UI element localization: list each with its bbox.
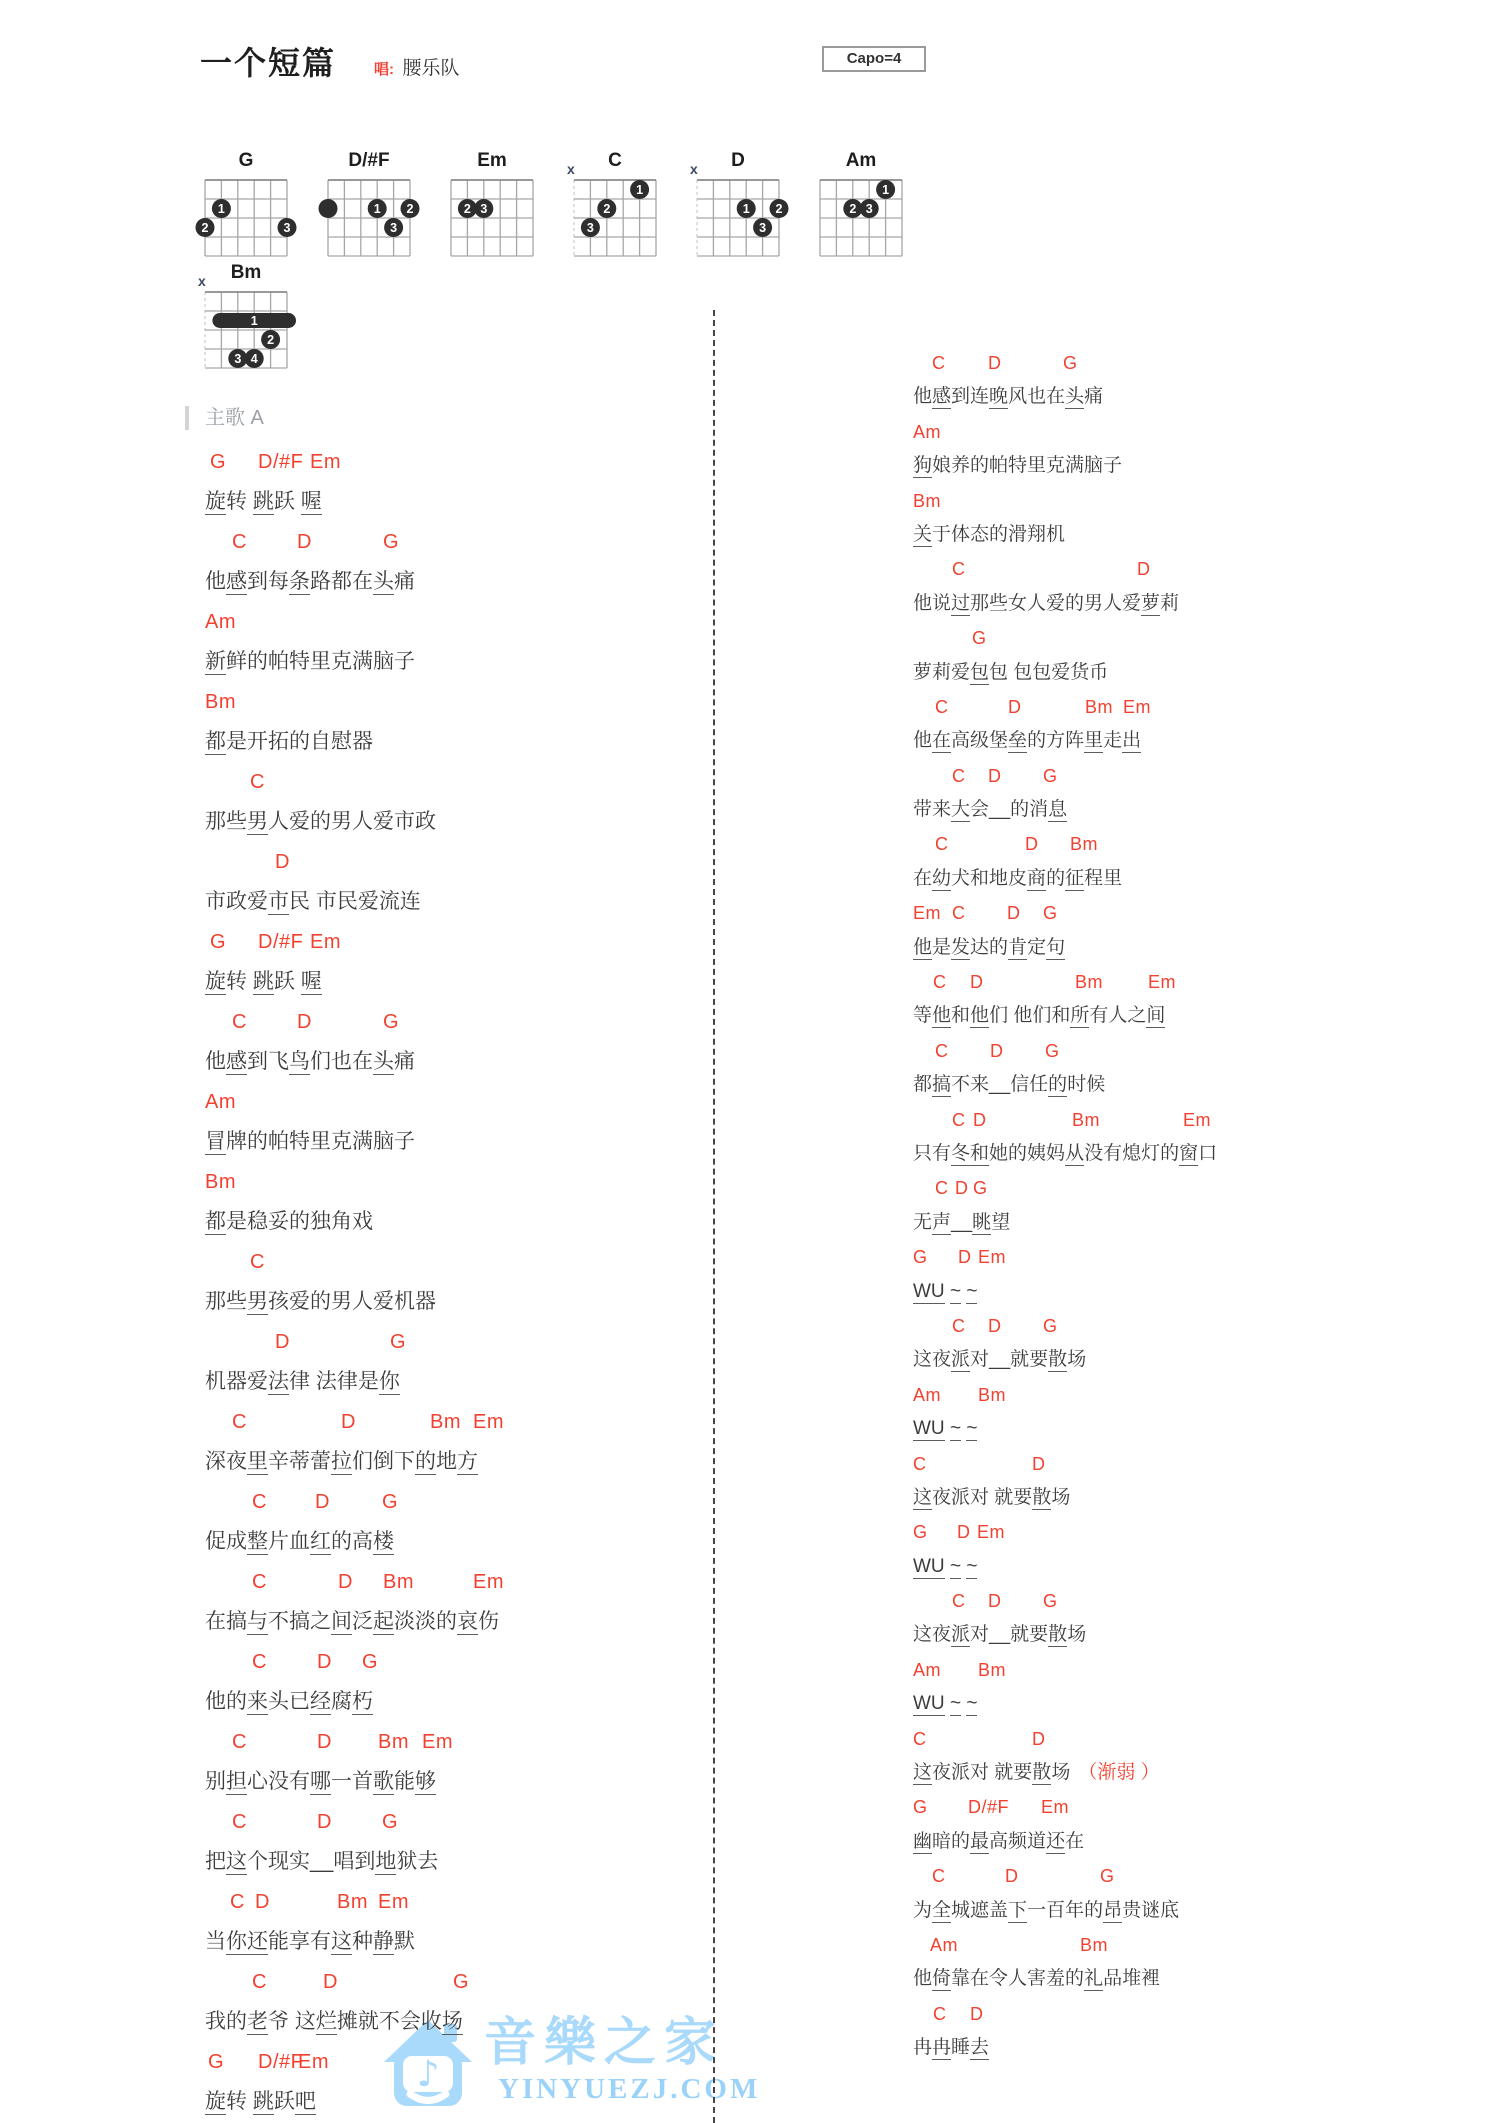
chord-label: G (362, 1642, 378, 1682)
lyric-line: 那些男人爱的男人爱市政 (205, 802, 725, 842)
beat-underline: 都 (205, 730, 226, 755)
lyric-line: 无声__眺望 (913, 1206, 1473, 1240)
lyric-line: WU ~ ~ (913, 1550, 1473, 1584)
chord-line: Bm (205, 682, 725, 722)
chord-line: AmBm (913, 1378, 1473, 1412)
chord-label: Am (205, 602, 236, 642)
chord-label: G (913, 1790, 928, 1824)
beat-underline: 鸟 (289, 1050, 310, 1075)
chord-label: Am (913, 1653, 941, 1687)
chord-label: Bm (337, 1882, 368, 1922)
chord-label: Em (310, 442, 341, 482)
lyric-line: 在幼犬和地皮商的征程里 (913, 862, 1473, 896)
chord-line: D (205, 842, 725, 882)
chord-label: Bm (1075, 965, 1103, 999)
chord-label: Bm (1072, 1103, 1100, 1137)
lyric-line: 这夜派对 就要散场（渐弱 ） (913, 1756, 1473, 1790)
chord-label: D (1137, 552, 1151, 586)
chord-line: Bm (205, 1162, 725, 1202)
beat-underline: 这 (913, 1762, 932, 1785)
chord-label: C (952, 896, 966, 930)
chord-label: Em (1041, 1790, 1069, 1824)
chord-label: C (935, 690, 949, 724)
svg-text:3: 3 (866, 202, 873, 216)
beat-underline: 来 (247, 1690, 268, 1715)
chord-label: C (932, 346, 946, 380)
chord-label: C (250, 1242, 265, 1282)
lyric-line: 机器爱法律 法律是你 (205, 1362, 725, 1402)
chord-line: CD (913, 1447, 1473, 1481)
chord-line: CDG (205, 1802, 725, 1842)
beat-underline: 哀 (457, 1610, 478, 1635)
chord-label: C (252, 1482, 267, 1522)
beat-underline: ~ (950, 1693, 961, 1716)
svg-text:2: 2 (464, 202, 471, 216)
beat-underline: 楼 (373, 1530, 394, 1555)
chord-label: Am (913, 1378, 941, 1412)
chord-line: CD (913, 1997, 1473, 2031)
svg-text:C: C (608, 150, 622, 171)
beat-underline: 感 (932, 386, 951, 409)
chord-label: G (973, 1171, 988, 1205)
beat-underline: ~ (950, 1418, 961, 1441)
chord-label: Bm (205, 682, 236, 722)
lyric-line: 促成整片血红的高楼 (205, 1522, 725, 1562)
chord-label: C (952, 1103, 966, 1137)
beat-underline: 包 (970, 662, 989, 685)
chord-label: D (988, 759, 1002, 793)
section-bar (185, 406, 189, 430)
beat-underline: 从 (1065, 1143, 1084, 1166)
chord-diagrams-row-1: G123D/#F123Em23Cx123Dx123Am123 (185, 146, 918, 270)
beat-underline: 旋 (205, 490, 226, 515)
beat-underline: 你 (226, 1930, 247, 1955)
chord-line: CDBmEm (205, 1402, 725, 1442)
beat-underline: 经 (310, 1690, 331, 1715)
chord-label: D (988, 1309, 1002, 1343)
beat-underline: 冬 (951, 1143, 970, 1166)
lyric-line: 市政爱市民 市民爱流连 (205, 882, 725, 922)
lyric-line: 这夜派对__就要散场 (913, 1343, 1473, 1377)
beat-underline: WU (913, 1693, 945, 1716)
chord-label: Bm (205, 1162, 236, 1202)
beat-underline: 幼 (932, 868, 951, 891)
chord-label: D (323, 1962, 338, 2002)
chord-label: Bm (430, 1402, 461, 1442)
beat-underline: 发 (951, 937, 970, 960)
chord-label: G (1043, 896, 1058, 930)
chord-label: Bm (1085, 690, 1113, 724)
chord-label: Bm (978, 1653, 1006, 1687)
chord-line: GDEm (913, 1240, 1473, 1274)
chord-line: CDG (913, 1859, 1473, 1893)
lyric-line: 冒牌的帕特里克满脑子 (205, 1122, 725, 1162)
chord-line: AmBm (913, 1653, 1473, 1687)
chord-diagram-G: G123 (185, 146, 303, 270)
chord-line: CDG (205, 1642, 725, 1682)
beat-underline: 声 (932, 1212, 951, 1235)
beat-underline: WU (913, 1556, 945, 1579)
beat-underline: 烂 (316, 2010, 337, 2035)
lyric-line: 他的来头已经腐朽 (205, 1682, 725, 1722)
beat-underline: 散 (1032, 1487, 1051, 1510)
beat-underline: 这 (226, 1850, 247, 1875)
chord-label: D/#F (258, 922, 303, 962)
beat-underline: 下 (1008, 1900, 1027, 1923)
chord-label: C (935, 1034, 949, 1068)
chord-label: Am (205, 1082, 236, 1122)
beat-underline: 句 (1046, 937, 1065, 960)
chord-label: D (1032, 1722, 1046, 1756)
chord-line: CDBmEm (205, 1882, 725, 1922)
svg-text:x: x (690, 161, 698, 177)
beat-underline: 肯 (1008, 937, 1027, 960)
chord-line: CDBmEm (205, 1562, 725, 1602)
chord-line: Am (205, 602, 725, 642)
lyric-line: 旋转 跳跃 喔 (205, 482, 725, 522)
chord-label: D/#F (258, 2042, 303, 2082)
chord-label: D (973, 1103, 987, 1137)
chord-label: Em (977, 1515, 1005, 1549)
chord-line: GDEm (913, 1515, 1473, 1549)
chord-line: CDG (205, 522, 725, 562)
beat-underline: 萝 (1141, 593, 1160, 616)
beat-underline: WU (913, 1281, 945, 1304)
chord-label: G (913, 1240, 928, 1274)
chord-label: D (297, 522, 312, 562)
beat-underline: 过 (951, 593, 970, 616)
lyric-line: 为全城遮盖下一百年的昂贵谜底 (913, 1894, 1473, 1928)
svg-text:3: 3 (587, 221, 594, 235)
lyric-line: 这夜派对__就要散场 (913, 1618, 1473, 1652)
lyric-line: WU ~ ~ (913, 1687, 1473, 1721)
chord-label: G (1043, 1584, 1058, 1618)
chord-label: C (232, 1002, 247, 1042)
beat-underline: 搞 (932, 1074, 951, 1097)
beat-underline: 吧 (295, 2090, 316, 2115)
chord-line: CDG (913, 346, 1473, 380)
svg-text:3: 3 (759, 221, 766, 235)
beat-underline: 都 (205, 1210, 226, 1235)
svg-text:2: 2 (267, 333, 274, 347)
chord-diagram-Em: Em23 (431, 146, 549, 270)
chord-label: D (341, 1402, 356, 1442)
beat-underline: 还 (1046, 1831, 1065, 1854)
lyric-line: 他倚靠在令人害羞的礼品堆裡 (913, 1962, 1473, 1996)
svg-text:Am: Am (846, 150, 877, 171)
beat-underline: 冒 (205, 1130, 226, 1155)
beat-underline: 男 (247, 1290, 268, 1315)
beat-underline: 感 (226, 570, 247, 595)
beat-underline: 市 (268, 890, 289, 915)
chord-label: D (990, 1034, 1004, 1068)
chord-label: G (913, 1515, 928, 1549)
beat-underline: 够 (415, 1770, 436, 1795)
chord-label: Em (913, 896, 941, 930)
beat-underline: 你 (379, 1370, 400, 1395)
chord-label: C (252, 1562, 267, 1602)
beat-underline: 所 (1070, 1005, 1089, 1028)
chord-label: Em (310, 922, 341, 962)
beat-underline: ~ (966, 1418, 977, 1441)
lyric-line: 都搞不来__信任的时候 (913, 1068, 1473, 1102)
beat-underline: 喔 (301, 490, 322, 515)
chord-line: CDBmEm (913, 1103, 1473, 1137)
beat-underline: 这 (913, 1487, 932, 1510)
chord-label: C (232, 1722, 247, 1762)
lyrics-column-right: CDG他感到连晚风也在头痛Am狗娘养的帕特里克满脑子Bm关于体态的滑翔机CD他说… (913, 346, 1473, 2066)
chord-label: C (230, 1882, 245, 1922)
beat-underline: 散 (1048, 1349, 1067, 1372)
chord-label: Em (473, 1562, 504, 1602)
chord-label: G (208, 2042, 224, 2082)
beat-underline: 派 (951, 1624, 970, 1647)
chord-line: CD (913, 552, 1473, 586)
beat-underline: 全 (932, 1900, 951, 1923)
chord-line: CD (913, 1722, 1473, 1756)
capo-badge: Capo=4 (822, 46, 926, 72)
chord-label: D (338, 1562, 353, 1602)
dynamics-note: （渐弱 ） (1078, 1762, 1159, 1783)
beat-underline: ~ (966, 1281, 977, 1304)
lyric-line: 当你还能享有这种静默 (205, 1922, 725, 1962)
chord-line: EmCDG (913, 896, 1473, 930)
chord-label: C (952, 1584, 966, 1618)
chord-line: GD/#FEm (205, 922, 725, 962)
chord-line: CDG (913, 1309, 1473, 1343)
lyric-line: 他在高级堡垒的方阵里走出 (913, 724, 1473, 758)
svg-text:2: 2 (407, 202, 414, 216)
chord-line: G (913, 621, 1473, 655)
chord-label: D (315, 1482, 330, 1522)
svg-text:2: 2 (202, 221, 209, 235)
lyric-line: 都是开拓的自慰器 (205, 722, 725, 762)
beat-underline: 商 (1027, 868, 1046, 891)
svg-text:1: 1 (374, 202, 381, 216)
chord-diagram-D: Dx123 (677, 146, 795, 270)
beat-underline: 头 (373, 1050, 394, 1075)
chord-diagram-Bm: Bmx1234 (185, 258, 303, 382)
chord-label: D (255, 1882, 270, 1922)
beat-underline: 的 (1048, 1074, 1067, 1097)
beat-underline: 旋 (205, 970, 226, 995)
chord-label: Bm (1080, 1928, 1108, 1962)
chord-label: D (317, 1722, 332, 1762)
chord-label: C (913, 1722, 927, 1756)
beat-underline: 跳 (253, 2090, 274, 2115)
chord-label: D (970, 1997, 984, 2031)
chord-label: C (933, 965, 947, 999)
chord-label: Am (930, 1928, 958, 1962)
beat-underline: ~ (950, 1556, 961, 1579)
chord-label: Bm (383, 1562, 414, 1602)
svg-text:2: 2 (849, 202, 856, 216)
beat-underline: 出 (1122, 730, 1141, 753)
chord-line: CDBm (913, 827, 1473, 861)
lyric-line: 等他和他们 他们和所有人之间 (913, 999, 1473, 1033)
chord-label: C (952, 1309, 966, 1343)
chord-label: G (1043, 759, 1058, 793)
beat-underline: 散 (1048, 1624, 1067, 1647)
lyric-line: 都是稳妥的独角戏 (205, 1202, 725, 1242)
beat-underline: 还 (247, 1930, 268, 1955)
page-title: 一个短篇 (200, 38, 336, 84)
chord-label: G (453, 1962, 469, 2002)
chord-label: D (955, 1171, 969, 1205)
lyric-line: 新鲜的帕特里克满脑子 (205, 642, 725, 682)
chord-label: Em (1183, 1103, 1211, 1137)
chord-label: C (252, 1962, 267, 2002)
beat-underline: 眺 (972, 1212, 991, 1235)
beat-underline: 担 (226, 1770, 247, 1795)
svg-text:1: 1 (882, 183, 889, 197)
beat-underline: 里 (247, 1450, 268, 1475)
beat-underline: 法 (268, 1370, 289, 1395)
lyrics-column-left: 主歌 A GD/#FEm旋转 跳跃 喔CDG他感到每条路都在头痛Am新鲜的帕特里… (205, 398, 725, 2122)
beat-underline: 方 (457, 1450, 478, 1475)
beat-underline: 头 (373, 570, 394, 595)
svg-text:1: 1 (251, 314, 258, 328)
lyric-line: 冉冉睡去 (913, 2031, 1473, 2065)
lyric-line: 把这个现实__唱到地狱去 (205, 1842, 725, 1882)
beat-underline: 息 (1048, 799, 1067, 822)
beat-underline: WU (913, 1418, 945, 1441)
beat-underline: ~ (966, 1556, 977, 1579)
header: 一个短篇 唱: 腰乐队 (200, 38, 459, 84)
beat-underline: 跳 (253, 490, 274, 515)
chord-label: G (210, 442, 226, 482)
lyric-line: 那些男孩爱的男人爱机器 (205, 1282, 725, 1322)
lyric-line: 关于体态的滑翔机 (913, 518, 1473, 552)
chord-label: C (250, 762, 265, 802)
svg-text:1: 1 (636, 183, 643, 197)
chord-label: G (972, 621, 987, 655)
chord-label: Bm (913, 484, 941, 518)
beat-underline: 昂 (1103, 1900, 1122, 1923)
beat-underline: 感 (226, 1050, 247, 1075)
chord-label: Em (1123, 690, 1151, 724)
chord-label: Bm (978, 1378, 1006, 1412)
svg-text:4: 4 (251, 352, 258, 366)
chord-label: Am (913, 415, 941, 449)
beat-underline: 去 (970, 2037, 989, 2060)
chord-label: D (1005, 1859, 1019, 1893)
chord-line: C (205, 762, 725, 802)
beat-underline: 老 (247, 2010, 268, 2035)
beat-underline: 哪 (310, 1770, 331, 1795)
svg-text:3: 3 (480, 202, 487, 216)
beat-underline: 窗 (1179, 1143, 1198, 1166)
chord-label: D (958, 1240, 972, 1274)
chord-line: AmBm (913, 1928, 1473, 1962)
chord-label: C (232, 522, 247, 562)
beat-underline: 礼 (1084, 1968, 1103, 1991)
lyric-line: WU ~ ~ (913, 1275, 1473, 1309)
beat-underline: 征 (1065, 868, 1084, 891)
beat-underline: 和 (970, 1143, 989, 1166)
beat-underline: 派 (951, 1349, 970, 1372)
svg-text:3: 3 (234, 352, 241, 366)
lyric-line: 他感到连晚风也在头痛 (913, 380, 1473, 414)
beat-underline: 这 (331, 1930, 352, 1955)
chord-label: Bm (378, 1722, 409, 1762)
svg-text:D/#F: D/#F (348, 150, 389, 171)
chord-label: D/#F (258, 442, 303, 482)
lyric-line: 这夜派对 就要散场 (913, 1481, 1473, 1515)
beat-underline: 朽 (352, 1690, 373, 1715)
beat-underline: 歌 (373, 1770, 394, 1795)
chord-label: D (317, 1642, 332, 1682)
beat-underline: 他 (932, 1005, 951, 1028)
beat-underline: 男 (247, 810, 268, 835)
chord-label: G (382, 1482, 398, 1522)
chord-line: GD/#FEm (205, 442, 725, 482)
chord-label: Bm (1070, 827, 1098, 861)
chord-label: Em (1148, 965, 1176, 999)
chord-line: CDG (913, 1034, 1473, 1068)
beat-underline: 晚 (989, 386, 1008, 409)
chord-sheet-page: { "header": { "title": "一个短篇", "sing_lab… (0, 0, 1500, 2123)
beat-underline: 狗 (913, 455, 932, 478)
chord-label: Em (473, 1402, 504, 1442)
svg-text:Bm: Bm (231, 262, 262, 283)
chord-diagram-C: Cx123 (554, 146, 672, 270)
section-label: 主歌 A (205, 398, 725, 442)
lyric-line: 他说过那些女人爱的男人爱萝莉 (913, 587, 1473, 621)
lyric-line: 旋转 跳跃吧 (205, 2082, 725, 2122)
chord-line: CDG (913, 1171, 1473, 1205)
chord-line: GD/#FEm (913, 1790, 1473, 1824)
beat-underline: ~ (966, 1693, 977, 1716)
chord-line: Am (205, 1082, 725, 1122)
beat-underline: 拉 (331, 1450, 352, 1475)
chord-label: Em (422, 1722, 453, 1762)
svg-text:3: 3 (390, 221, 397, 235)
svg-text:2: 2 (776, 202, 783, 216)
chord-line: C (205, 1242, 725, 1282)
chord-line: CDG (205, 1482, 725, 1522)
chord-line: CDBmEm (205, 1722, 725, 1762)
chord-line: CDBmEm (913, 690, 1473, 724)
chord-diagram-D/#F: D/#F123 (308, 146, 426, 270)
beat-underline: 他 (913, 937, 932, 960)
chord-line: CDBmEm (913, 965, 1473, 999)
beat-underline: 旋 (205, 2090, 226, 2115)
beat-underline: ~ (950, 1281, 961, 1304)
svg-text:D: D (731, 150, 745, 171)
chord-label: D (1025, 827, 1039, 861)
chord-label: Em (378, 1882, 409, 1922)
chord-label: C (935, 1171, 949, 1205)
beat-underline: 里 (1084, 730, 1103, 753)
chord-label: C (935, 827, 949, 861)
artist-line: 唱: 腰乐队 (374, 53, 459, 80)
beat-underline: 间 (1146, 1005, 1165, 1028)
lyric-line: 别担心没有哪一首歌能够 (205, 1762, 725, 1802)
chord-label: D (970, 965, 984, 999)
chord-label: C (232, 1802, 247, 1842)
lyric-line: 旋转 跳跃 喔 (205, 962, 725, 1002)
chord-label: G (1043, 1309, 1058, 1343)
beat-underline: 冉 (932, 2037, 951, 2060)
lyric-line: 狗娘养的帕特里克满脑子 (913, 449, 1473, 483)
lyric-line: 他感到飞鸟们也在头痛 (205, 1042, 725, 1082)
beat-underline: 间 (331, 1610, 352, 1635)
chord-line: CDG (913, 759, 1473, 793)
beat-underline: 关 (913, 524, 932, 547)
svg-text:1: 1 (743, 202, 750, 216)
chord-label: C (933, 1997, 947, 2031)
